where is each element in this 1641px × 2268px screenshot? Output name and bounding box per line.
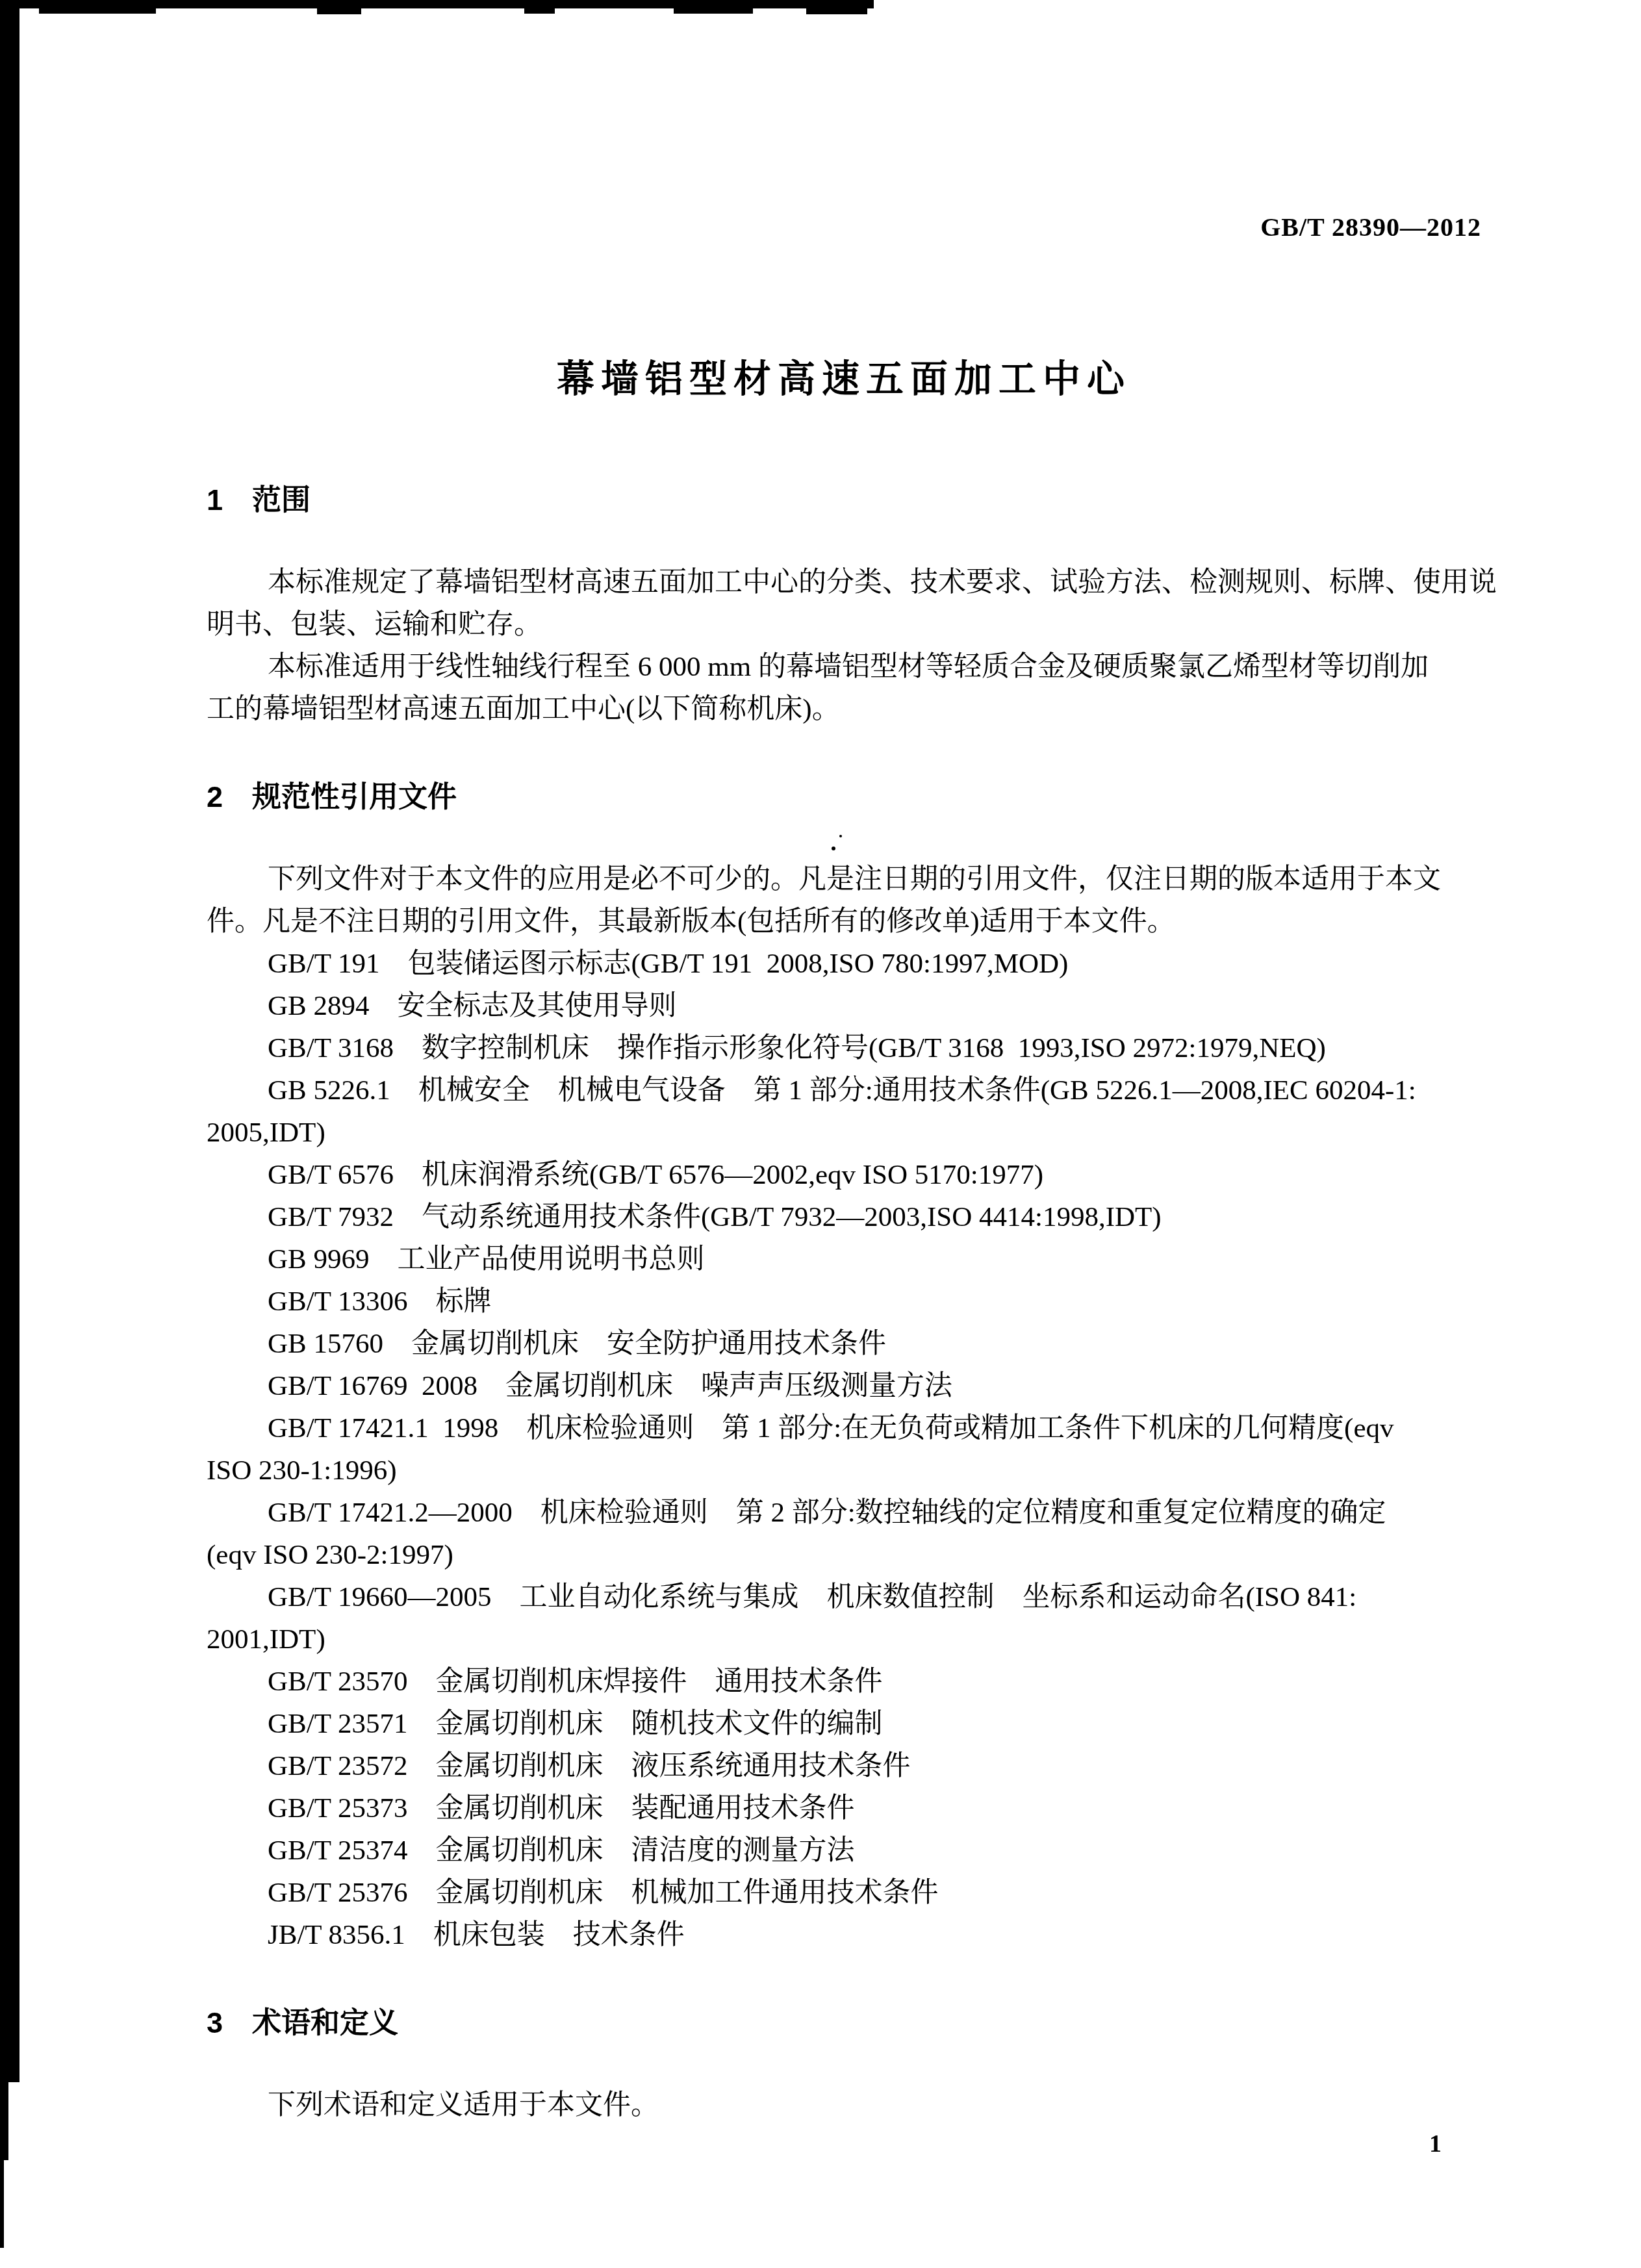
reference-item: GB/T 6576 机床润滑系统(GB/T 6576—2002,eqv ISO … [207,1154,1493,1196]
text-line: GB/T 7932 气动系统通用技术条件(GB/T 7932—2003,ISO … [207,1196,1493,1238]
reference-item: GB 2894 安全标志及其使用导则 [207,985,1493,1027]
text-line: GB/T 23572 金属切削机床 液压系统通用技术条件 [207,1745,1493,1787]
reference-item: GB/T 25376 金属切削机床 机械加工件通用技术条件 [207,1872,1493,1914]
section-heading: 3 术语和定义 [207,2002,1493,2044]
reference-item: GB/T 13306 标牌 [207,1281,1493,1323]
reference-item: GB/T 25374 金属切削机床 清洁度的测量方法 [207,1829,1493,1872]
reference-item: GB/T 23571 金属切削机床 随机技术文件的编制 [207,1703,1493,1745]
reference-item: JB/T 8356.1 机床包装 技术条件 [207,1914,1493,1956]
text-line: GB/T 191 包装储运图示标志(GB/T 191 2008,ISO 780:… [207,943,1493,985]
document-body: 1 范围本标准规定了幕墙铝型材高速五面加工中心的分类、技术要求、试验方法、检测规… [207,0,1493,2126]
scan-smudge [39,8,156,14]
text-line: 工的幕墙铝型材高速五面加工中心(以下简称机床)。 [207,688,1493,730]
reference-item: GB 15760 金属切削机床 安全防护通用技术条件 [207,1323,1493,1365]
text-line: JB/T 8356.1 机床包装 技术条件 [207,1914,1493,1956]
page-number: 1 [1429,2130,1442,2158]
text-line: 明书、包装、运输和贮存。 [207,604,1493,646]
text-line: GB/T 23570 金属切削机床焊接件 通用技术条件 [207,1661,1493,1703]
text-line: GB/T 23571 金属切削机床 随机技术文件的编制 [207,1703,1493,1745]
text-line: GB/T 6576 机床润滑系统(GB/T 6576—2002,eqv ISO … [207,1154,1493,1196]
section-heading: 1 范围 [207,479,1493,521]
text-line: GB/T 25376 金属切削机床 机械加工件通用技术条件 [207,1872,1493,1914]
scan-edge-bar-left [0,0,19,2082]
reference-item: GB/T 7932 气动系统通用技术条件(GB/T 7932—2003,ISO … [207,1196,1493,1238]
reference-item: GB 9969 工业产品使用说明书总则 [207,1238,1493,1281]
reference-item: GB 5226.1 机械安全 机械电气设备 第 1 部分:通用技术条件(GB 5… [207,1069,1493,1154]
text-line: 2001,IDT) [207,1618,1493,1661]
paragraph: 下列文件对于本文件的应用是必不可少的。凡是注日期的引用文件，仅注日期的版本适用于… [207,858,1493,943]
reference-item: GB/T 191 包装储运图示标志(GB/T 191 2008,ISO 780:… [207,943,1493,985]
reference-item: GB/T 19660—2005 工业自动化系统与集成 机床数值控制 坐标系和运动… [207,1576,1493,1661]
section-heading: 2 规范性引用文件 [207,776,1493,818]
reference-item: GB/T 16769 2008 金属切削机床 噪声声压级测量方法 [207,1365,1493,1407]
text-line: GB/T 19660—2005 工业自动化系统与集成 机床数值控制 坐标系和运动… [207,1576,1493,1618]
text-line: GB/T 17421.1 1998 机床检验通则 第 1 部分:在无负荷或精加工… [207,1407,1493,1449]
text-line: GB/T 16769 2008 金属切削机床 噪声声压级测量方法 [207,1365,1493,1407]
text-line: GB/T 13306 标牌 [207,1281,1493,1323]
paragraph: 本标准规定了幕墙铝型材高速五面加工中心的分类、技术要求、试验方法、检测规则、标牌… [207,561,1493,646]
text-line: 本标准规定了幕墙铝型材高速五面加工中心的分类、技术要求、试验方法、检测规则、标牌… [207,561,1493,604]
text-line: GB/T 25373 金属切削机床 装配通用技术条件 [207,1787,1493,1829]
text-line: GB/T 3168 数字控制机床 操作指示形象化符号(GB/T 3168 199… [207,1027,1493,1069]
document-page: GB/T 28390—2012 幕墙铝型材高速五面加工中心 1 范围本标准规定了… [0,0,1641,2268]
text-line: GB 9969 工业产品使用说明书总则 [207,1238,1493,1281]
section: 1 范围本标准规定了幕墙铝型材高速五面加工中心的分类、技术要求、试验方法、检测规… [207,479,1493,730]
text-line: GB 15760 金属切削机床 安全防护通用技术条件 [207,1323,1493,1365]
paragraph: 下列术语和定义适用于本文件。 [207,2084,1493,2126]
scan-edge-bar-left-lower [0,2082,8,2160]
section: 3 术语和定义下列术语和定义适用于本文件。 [207,2002,1493,2126]
reference-item: GB/T 25373 金属切削机床 装配通用技术条件 [207,1787,1493,1829]
text-line: 下列术语和定义适用于本文件。 [207,2084,1493,2126]
text-line: (eqv ISO 230-2:1997) [207,1534,1493,1576]
section: 2 规范性引用文件下列文件对于本文件的应用是必不可少的。凡是注日期的引用文件，仅… [207,776,1493,1956]
text-line: 本标准适用于线性轴线行程至 6 000 mm 的幕墙铝型材等轻质合金及硬质聚氯乙… [207,646,1493,688]
text-line: 2005,IDT) [207,1112,1493,1154]
reference-item: GB/T 23570 金属切削机床焊接件 通用技术条件 [207,1661,1493,1703]
reference-item: GB/T 17421.1 1998 机床检验通则 第 1 部分:在无负荷或精加工… [207,1407,1493,1492]
text-line: GB/T 17421.2—2000 机床检验通则 第 2 部分:数控轴线的定位精… [207,1492,1493,1534]
reference-item: GB/T 17421.2—2000 机床检验通则 第 2 部分:数控轴线的定位精… [207,1492,1493,1576]
scan-edge-bar-left-bottom [0,2160,4,2248]
text-line: 件。凡是不注日期的引用文件，其最新版本(包括所有的修改单)适用于本文件。 [207,900,1493,943]
text-line: ISO 230-1:1996) [207,1449,1493,1492]
reference-item: GB/T 3168 数字控制机床 操作指示形象化符号(GB/T 3168 199… [207,1027,1493,1069]
text-line: GB 5226.1 机械安全 机械电气设备 第 1 部分:通用技术条件(GB 5… [207,1069,1493,1112]
reference-item: GB/T 23572 金属切削机床 液压系统通用技术条件 [207,1745,1493,1787]
paragraph: 本标准适用于线性轴线行程至 6 000 mm 的幕墙铝型材等轻质合金及硬质聚氯乙… [207,646,1493,730]
text-line: GB/T 25374 金属切削机床 清洁度的测量方法 [207,1829,1493,1872]
text-line: 下列文件对于本文件的应用是必不可少的。凡是注日期的引用文件，仅注日期的版本适用于… [207,858,1493,900]
text-line: GB 2894 安全标志及其使用导则 [207,985,1493,1027]
